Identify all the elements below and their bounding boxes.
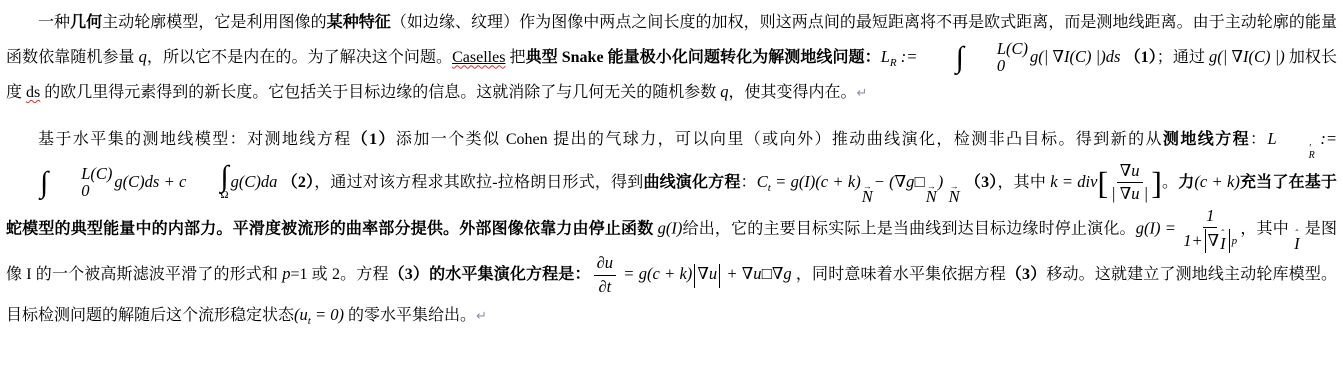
math-run: + ∇u□∇g <box>722 264 796 283</box>
math-run: ∂t <box>598 277 611 298</box>
integral-limits: L(C)0 <box>48 166 112 200</box>
text-run: 给出，它的主要目标实际上是当曲线到达目标边缘时停止演化。 <box>682 220 1135 237</box>
hat-letter: I <box>1294 236 1300 253</box>
bold-text-run: 力 <box>1178 173 1194 190</box>
integral-sign: ∫ <box>924 43 964 73</box>
numerator: 1 <box>1203 206 1217 229</box>
tall-abs-bar <box>719 264 720 288</box>
integral-upper-limit: L(C) <box>49 166 112 183</box>
bold-text-run: 曲线演化方程 <box>643 173 740 190</box>
math-run: g(| ∇I(C) |)ds <box>1030 47 1125 66</box>
integral-sign: ∫ <box>8 168 48 198</box>
tall-abs-bar <box>694 264 695 288</box>
math-run: q <box>139 47 147 66</box>
stack-subscript: R <box>1277 151 1315 161</box>
text-run: ： <box>1250 131 1267 148</box>
numerator: ∇u <box>1117 161 1143 184</box>
text-run: 一种 <box>38 14 70 31</box>
equation-number: （3） <box>389 266 429 283</box>
integral: ∫L(C)0 <box>8 166 112 200</box>
text-run: ，使其变得内在。 <box>729 84 857 101</box>
integral: ∫L(C)0 <box>924 41 1028 75</box>
math-run: := <box>897 47 922 66</box>
math-run: (u <box>294 305 308 324</box>
denominator: | ∇u | <box>1111 183 1148 205</box>
math-run: g(I) = <box>1136 218 1181 237</box>
equation-number: （3） <box>1006 266 1046 283</box>
subscript: R <box>890 57 897 69</box>
vector-letter: N <box>926 189 937 206</box>
math-run: ) <box>938 171 948 190</box>
fraction: ∂u∂t <box>594 253 616 297</box>
math-run: ∇u <box>697 264 717 283</box>
text-run: ： <box>741 173 757 190</box>
integral: ∫Ω <box>188 164 228 201</box>
math-run: ∂u <box>597 253 613 274</box>
superscript: p <box>1232 235 1238 249</box>
prime-mark: ′ <box>1277 144 1311 151</box>
integral-lower-limit: 0 <box>965 58 1028 75</box>
text-run: 把 <box>505 49 525 66</box>
hat-variable: ˆI <box>1294 230 1300 253</box>
vector-variable: →N <box>949 183 960 206</box>
paragraph-level-set-model: 基于水平集的测地线模型：对测地线方程（1）添加一个类似 Cohen 提出的气球力… <box>6 122 1337 333</box>
vector-variable: →N <box>862 183 873 206</box>
vector-variable: →N <box>926 183 937 206</box>
integral-limits: L(C)0 <box>964 41 1028 75</box>
bold-text-run: 测地线方程 <box>1163 131 1250 148</box>
math-run: p <box>282 264 290 283</box>
text-run: =1 或 2。方程 <box>291 266 389 283</box>
text-run: 主动轮廓模型，它是利用图像的 <box>102 14 327 31</box>
equation-number: （1） <box>1125 49 1157 66</box>
math-run: q <box>720 82 728 101</box>
equation-number: （2） <box>282 173 315 190</box>
math-run: = 0) <box>311 305 344 324</box>
bold-text-run: 某种特征 <box>327 14 391 31</box>
big-bracket: ] <box>1151 164 1162 200</box>
integral-sign: ∫ <box>188 164 228 190</box>
math-run: g(I) <box>658 218 683 237</box>
vector-letter: N <box>862 189 873 206</box>
paragraph-mark: ↵ <box>476 309 487 324</box>
integral-upper-limit: L(C) <box>965 41 1028 58</box>
fraction: 11+∇ˆIp <box>1183 206 1237 254</box>
integral-lower-limit: 0 <box>49 183 112 200</box>
math-run: 1 <box>1206 206 1214 227</box>
text-run: 的零水平集给出。 <box>344 307 476 324</box>
text-run: ，其中 <box>997 173 1050 190</box>
integral-lower-limit: Ω <box>188 190 228 201</box>
math-run: = g(c + k) <box>619 264 692 283</box>
misspelled-word: ds <box>26 84 40 101</box>
equation-number: （1） <box>352 131 396 148</box>
math-run: ∇u <box>1120 161 1140 182</box>
math-run: k = div <box>1050 171 1097 190</box>
math-run: (c + k) <box>1194 171 1239 190</box>
hat-variable: ˆI <box>1220 230 1226 253</box>
big-bracket: [ <box>1097 164 1108 200</box>
paragraph-mark: ↵ <box>857 86 868 101</box>
spellcheck-underline: Caselles <box>452 49 505 66</box>
text-run: ，所以它不是内在的。为了解决这个问题。 <box>147 49 452 66</box>
math-run: C <box>757 171 768 190</box>
tall-abs-bar <box>1229 229 1230 253</box>
math-run: 1+ <box>1183 231 1202 252</box>
math-run: = g(I)(c + k) <box>771 171 861 190</box>
paragraph-geodesic-model-intro: 一种几何主动轮廓模型，它是利用图像的某种特征（如边缘、纹理）作为图像中两点之间长… <box>6 6 1337 110</box>
numerator: ∂u <box>594 253 616 276</box>
fraction: ∇u| ∇u | <box>1111 161 1148 205</box>
bold-text-run: 典型 Snake 能量极小化问题转化为解测地线问题： <box>526 49 881 66</box>
text-run: ，通过对该方程求其欧拉-拉格朗日形式，得到 <box>314 173 643 190</box>
math-run: := <box>1315 129 1337 148</box>
math-run: | ∇u | <box>1111 184 1148 205</box>
math-run: − (∇g□ <box>874 171 925 190</box>
math-run: ∇ <box>1208 231 1220 252</box>
text-run: ，同时意味着水平集依据方程 <box>796 266 1006 283</box>
denominator: 1+∇ˆIp <box>1183 228 1237 253</box>
text-run: 的欧几里得元素得到的新长度。它包括关于目标边缘的信息。这就消除了与几何无关的随机… <box>40 84 720 101</box>
text-run: 添加一个类似 Cohen 提出的气球力，可以向里（或向外）推动曲线演化，检测非凸… <box>396 131 1163 148</box>
equation-number: （3） <box>965 173 998 190</box>
hat-letter: I <box>1220 236 1226 253</box>
document-page: 一种几何主动轮廓模型，它是利用图像的某种特征（如边缘、纹理）作为图像中两点之间长… <box>0 0 1343 333</box>
text-run: 基于水平集的测地线模型：对测地线方程 <box>38 131 352 148</box>
math-run: g(C)da <box>231 171 282 190</box>
math-run: L <box>1267 129 1276 148</box>
hyperlinked-name: Caselles <box>452 49 505 66</box>
bold-text-run: 的水平集演化方程是： <box>429 266 591 283</box>
math-run: g(| ∇I(C) |) <box>1209 47 1285 66</box>
vector-letter: N <box>949 189 960 206</box>
text-run: ；通过 <box>1157 49 1209 66</box>
prime-subscript-stack: ′R <box>1277 144 1315 161</box>
math-run: g(C)ds + c <box>114 171 186 190</box>
text-run: ，其中 <box>1240 220 1293 237</box>
denominator: ∂t <box>598 276 611 298</box>
bold-text-run: 几何 <box>70 14 102 31</box>
tall-abs-bar <box>1205 229 1206 253</box>
math-run: L <box>881 47 890 66</box>
text-run: 。 <box>1162 173 1178 190</box>
